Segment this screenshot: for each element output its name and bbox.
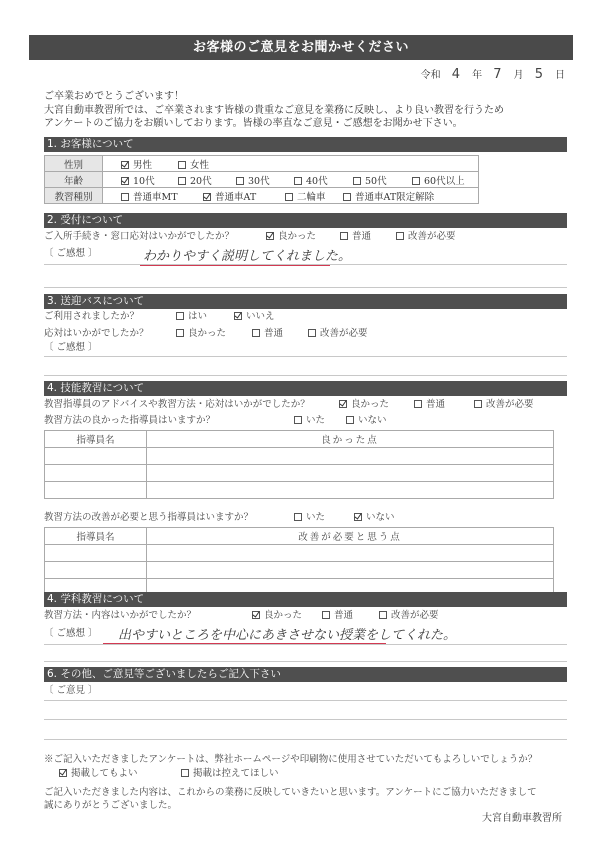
date-year[interactable]: 4 [452,67,460,82]
comment-line [44,287,567,288]
option-label: いない [358,415,387,426]
improvement-points-cell[interactable] [147,545,554,562]
option-label: 良かった [264,610,302,621]
section-other-header: 6. その他、ご意見等ございましたらご記入下さい [44,667,567,682]
course-type-label: 教習種別 [45,188,103,204]
checkbox-age-30s[interactable]: 30代 [236,173,270,187]
option-label: 普通 [426,399,445,410]
bus-service-row: 応対はいかがでしたか？ 良かった 普通 改善が必要 [44,327,567,341]
option-label: 良かった [188,328,226,339]
academic-comment[interactable]: 出やすいところを中心にあきさせない授業をしてくれた。 [118,624,456,643]
option-label: 女性 [190,160,209,171]
intro-line: ご卒業おめでとうございます！ [44,90,504,104]
date-day-unit: 日 [555,70,565,81]
section-customer-header: 1. お客様について [44,137,567,152]
option-label: 普通 [352,231,371,242]
checkbox-checked-icon [121,161,129,169]
checkbox-icon [308,329,316,337]
checkbox-icon [414,400,422,408]
date-year-unit: 年 [472,70,482,81]
checkbox-checked-icon [234,312,242,320]
checkbox-icon [474,400,482,408]
checkbox-age-10s[interactable]: 10代 [121,173,155,187]
checkbox-publish-decline[interactable]: 掲載は控えてほしい [181,767,279,781]
checkbox-male[interactable]: 男性 [121,157,152,171]
question-text: 教習方法の良かった指導員はいますか？ [44,415,215,426]
checkbox-icon [322,611,330,619]
practical-q2-row: 教習方法の良かった指導員はいますか？ いた いない [44,414,567,428]
closing-line-2: 誠にありがとうございました。 [44,799,177,813]
date-day[interactable]: 5 [535,67,543,82]
gender-options: 男性 女性 [103,156,479,172]
checkbox-female[interactable]: 女性 [178,157,209,171]
checkbox-checked-icon [203,193,211,201]
comment-line [44,356,567,357]
reception-comment-label: 〔 ご感想 〕 [44,247,98,261]
question-text: 教習方法・内容はいかがでしたか？ [44,610,196,621]
checkbox-none[interactable]: いない [346,414,387,428]
date-month-unit: 月 [514,70,524,81]
checkbox-standard-at[interactable]: 普通車AT [203,189,256,203]
reception-comment[interactable]: わかりやすく説明してくれました。 [143,245,351,264]
section-practical-header: 4. 技能教習について [44,381,567,396]
comment-line [44,661,567,662]
checkbox-average[interactable]: 普通 [340,230,371,244]
checkbox-needs-improvement[interactable]: 改善が必要 [396,230,456,244]
checkbox-checked-icon [339,400,347,408]
option-label: 40代 [306,176,328,187]
checkbox-age-20s[interactable]: 20代 [178,173,212,187]
age-label: 年齢 [45,172,103,188]
checkbox-icon [176,329,184,337]
comment-line [44,375,567,376]
checkbox-icon [294,416,302,424]
option-label: いた [306,512,325,523]
date-month[interactable]: 7 [493,67,501,82]
checkbox-needs-improvement[interactable]: 改善が必要 [308,327,368,341]
option-label: いた [306,415,325,426]
reception-question-row: ご入所手続き・窓口応対はいかがでしたか？ 良かった 普通 改善が必要 [44,230,567,244]
option-label: 10代 [133,176,155,187]
academic-question-row: 教習方法・内容はいかがでしたか？ 良かった 普通 改善が必要 [44,609,567,623]
good-points-cell[interactable] [147,448,554,465]
course-type-options: 普通車MT 普通車AT 二輪車 普通車AT限定解除 [103,188,479,204]
section-academic-header: 4. 学科教習について [44,592,567,607]
checkbox-checked-icon [59,769,67,777]
closing-line-1: ご記入いただきました内容は、これからの業務に反映していきたいと思います。アンケー… [44,786,537,800]
improve-instructor-table: 指導員名改善が必要と思う点 [44,527,554,596]
instructor-name-cell[interactable] [45,482,147,499]
option-label: 普通 [334,610,353,621]
option-label: 20代 [190,176,212,187]
academic-comment-label: 〔 ご感想 〕 [44,627,98,641]
option-label: 良かった [278,231,316,242]
checkbox-average[interactable]: 普通 [322,609,353,623]
signature: 大宮自動車教習所 [482,809,562,824]
checkbox-icon [396,232,404,240]
comment-line[interactable] [44,739,567,740]
comment-line [44,264,567,265]
checkbox-icon [178,177,186,185]
option-label: 60代以上 [424,176,465,187]
option-label: いない [366,512,395,523]
practical-q3-row: 教習方法の改善が必要と思う指導員はいますか？ いた いない [44,511,567,525]
checkbox-yes-there-was[interactable]: いた [294,414,325,428]
option-label: はい [188,311,207,322]
comment-line [44,644,567,645]
form-title: お客様のご意見をお聞かせください [29,35,573,60]
bus-usage-row: ご利用されましたか？ はい いいえ [44,310,567,324]
question-text: 教習指導員のアドバイスや教習方法・応対はいかがでしたか？ [44,399,310,410]
improvement-points-header: 改善が必要と思う点 [147,528,554,545]
good-points-cell[interactable] [147,482,554,499]
instructor-name-header: 指導員名 [45,528,147,545]
question-text: ご利用されましたか？ [44,311,139,322]
customer-info-table: 性別 男性 女性 年齢 10代 20代 30代 40代 50代 60代以上 教習… [44,155,479,204]
checkbox-good[interactable]: 良かった [339,398,389,412]
option-label: 普通車AT [215,192,256,203]
option-label: 二輪車 [297,192,326,203]
instructor-name-header: 指導員名 [45,431,147,448]
option-label: 良かった [351,399,389,410]
good-points-cell[interactable] [147,465,554,482]
option-label: 普通車AT限定解除 [355,192,434,203]
checkbox-icon [176,312,184,320]
checkbox-age-60s-plus[interactable]: 60代以上 [412,173,465,187]
instructor-name-cell[interactable] [45,562,147,579]
checkbox-age-50s[interactable]: 50代 [353,173,387,187]
instructor-name-cell[interactable] [45,545,147,562]
checkbox-checked-icon [121,177,129,185]
option-label: 改善が必要 [320,328,368,339]
checkbox-icon [121,193,129,201]
checkbox-good[interactable]: 良かった [252,609,302,623]
checkbox-icon [181,769,189,777]
comment-line[interactable] [44,719,567,720]
checkbox-icon [252,329,260,337]
checkbox-none[interactable]: いない [354,511,395,525]
option-label: 掲載は控えてほしい [193,768,279,779]
option-label: 普通車MT [133,192,178,203]
improvement-points-cell[interactable] [147,562,554,579]
bus-comment-label: 〔 ご感想 〕 [44,341,98,355]
date-era: 令和 [421,70,441,81]
checkbox-icon [379,611,387,619]
instructor-name-cell[interactable] [45,448,147,465]
checkbox-publish-ok[interactable]: 掲載してもよい [59,767,138,781]
gender-label: 性別 [45,156,103,172]
checkbox-icon [294,177,302,185]
question-text: ご入所手続き・窓口応対はいかがでしたか？ [44,231,234,242]
checkbox-at-limit-removal[interactable]: 普通車AT限定解除 [343,189,434,203]
checkbox-good[interactable]: 良かった [176,327,226,341]
checkbox-good[interactable]: 良かった [266,230,316,244]
checkbox-checked-icon [266,232,274,240]
checkbox-icon [236,177,244,185]
consent-options-row: 掲載してもよい 掲載は控えてほしい [44,767,444,781]
option-label: 改善が必要 [391,610,439,621]
good-points-header: 良かった点 [147,431,554,448]
option-label: 改善が必要 [486,399,534,410]
option-label: いいえ [246,311,275,322]
date-line: 令和 4年 7月 5日 [421,66,565,82]
question-text: 応対はいかがでしたか？ [44,328,149,339]
checkbox-icon [178,161,186,169]
checkbox-icon [340,232,348,240]
section-reception-header: 2. 受付について [44,213,567,228]
checkbox-needs-improvement[interactable]: 改善が必要 [379,609,439,623]
checkbox-average[interactable]: 普通 [414,398,445,412]
checkbox-standard-mt[interactable]: 普通車MT [121,189,178,203]
other-comment-label: 〔 ご意見 〕 [44,684,98,698]
checkbox-checked-icon [354,513,362,521]
option-label: 改善が必要 [408,231,456,242]
checkbox-motorcycle[interactable]: 二輪車 [285,189,326,203]
intro-line: アンケートのご協力をお願いしております。皆様の率直なご意見・ご感想をお聞かせ下さ… [44,117,504,131]
option-label: 30代 [248,176,270,187]
comment-line[interactable] [44,700,567,701]
checkbox-no[interactable]: いいえ [234,310,275,324]
intro-text: ご卒業おめでとうございます！ 大宮自動車教習所では、ご卒業されます皆様の貴重なご… [44,90,504,131]
consent-question: ※ご記入いただきましたアンケートは、弊社ホームページや印刷物に使用させていただい… [44,753,537,767]
age-row: 年齢 10代 20代 30代 40代 50代 60代以上 [45,172,479,188]
good-instructor-table: 指導員名良かった点 [44,430,554,499]
checkbox-icon [353,177,361,185]
question-text: 教習方法の改善が必要と思う指導員はいますか？ [44,512,253,523]
checkbox-yes-there-was[interactable]: いた [294,511,325,525]
section-shuttle-bus-header: 3. 送迎バスについて [44,294,567,309]
checkbox-age-40s[interactable]: 40代 [294,173,328,187]
checkbox-icon [343,193,351,201]
course-type-row: 教習種別 普通車MT 普通車AT 二輪車 普通車AT限定解除 [45,188,479,204]
checkbox-average[interactable]: 普通 [252,327,283,341]
checkbox-checked-icon [252,611,260,619]
checkbox-icon [412,177,420,185]
checkbox-icon [346,416,354,424]
checkbox-icon [294,513,302,521]
option-label: 掲載してもよい [71,768,138,779]
option-label: 男性 [133,160,152,171]
checkbox-yes[interactable]: はい [176,310,207,324]
option-label: 普通 [264,328,283,339]
checkbox-icon [285,193,293,201]
age-options: 10代 20代 30代 40代 50代 60代以上 [103,172,479,188]
gender-row: 性別 男性 女性 [45,156,479,172]
checkbox-needs-improvement[interactable]: 改善が必要 [474,398,534,412]
intro-line: 大宮自動車教習所では、ご卒業されます皆様の貴重なご意見を業務に反映し、より良い教… [44,104,504,118]
practical-q1-row: 教習指導員のアドバイスや教習方法・応対はいかがでしたか？ 良かった 普通 改善が… [44,398,567,412]
option-label: 50代 [365,176,387,187]
instructor-name-cell[interactable] [45,465,147,482]
